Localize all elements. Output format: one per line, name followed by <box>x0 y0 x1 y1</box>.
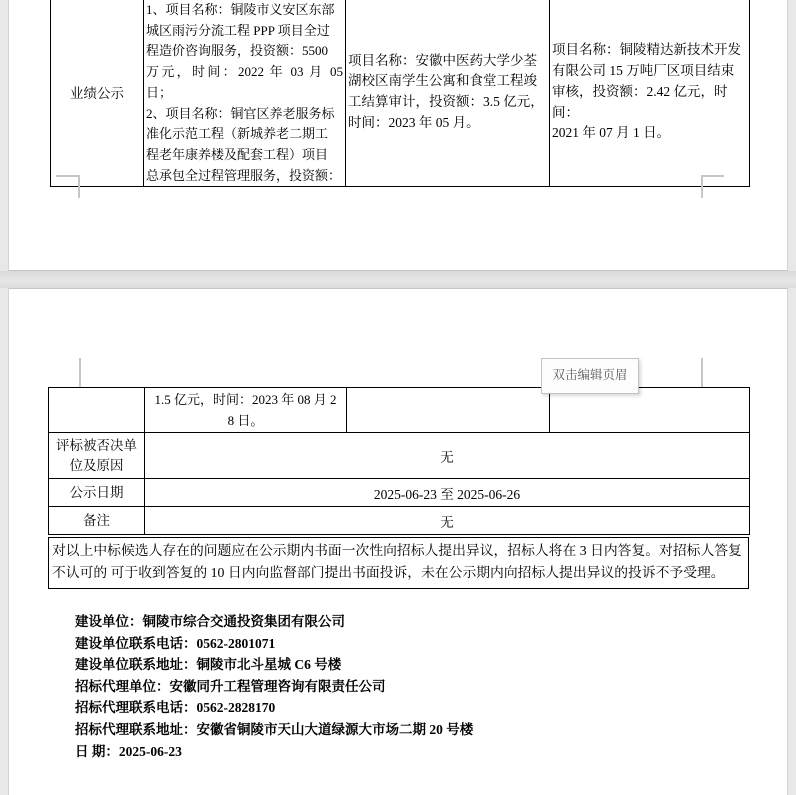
publicity-date-label[interactable]: 公示日期 <box>49 479 145 507</box>
empty-label-cell[interactable] <box>49 388 145 433</box>
rejected-bidders-label[interactable]: 评标被否决单 位及原因 <box>49 433 145 479</box>
carryover-value-cell[interactable]: 1.5 亿元，时间：2023 年 08 月 2 8 日。 <box>145 388 347 433</box>
date-line[interactable]: 日 期：2025-06-23 <box>75 741 473 763</box>
empty-cell[interactable] <box>550 388 750 433</box>
margin-corner-mark <box>701 358 703 387</box>
contact-info-block: 建设单位：铜陵市综合交通投资集团有限公司 建设单位联系电话：0562-28010… <box>75 611 473 762</box>
document-editor-canvas: 业绩公示 1、项目名称：铜陵市义安区东部 城区雨污分流工程 PPP 项目全过 程… <box>0 0 796 795</box>
page-gap <box>0 271 796 288</box>
margin-corner-mark <box>56 175 79 177</box>
margin-corner-mark <box>701 175 703 198</box>
document-page-2[interactable]: 双击编辑页眉 1.5 亿元，时间：2023 年 08 月 2 8 日。 评标被否… <box>8 288 788 795</box>
edit-header-tooltip: 双击编辑页眉 <box>541 358 639 394</box>
owner-address-line[interactable]: 建设单位联系地址：铜陵市北斗星城 C6 号楼 <box>75 654 473 676</box>
owner-unit-line[interactable]: 建设单位：铜陵市综合交通投资集团有限公司 <box>75 611 473 633</box>
owner-phone-line[interactable]: 建设单位联系电话：0562-2801071 <box>75 633 473 655</box>
publicity-date-value[interactable]: 2025-06-23 至 2025-06-26 <box>145 479 750 507</box>
project-list-cell[interactable]: 1、项目名称：铜陵市义安区东部 城区雨污分流工程 PPP 项目全过 程造价咨询服… <box>144 0 346 187</box>
project-3-cell[interactable]: 项目名称：铜陵精达新技术开发 有限公司 15 万吨厂区项目结束 审核，投资额：2… <box>550 0 750 187</box>
remarks-label[interactable]: 备注 <box>49 507 145 535</box>
performance-label-cell[interactable]: 业绩公示 <box>51 0 144 187</box>
document-page-1[interactable]: 业绩公示 1、项目名称：铜陵市义安区东部 城区雨污分流工程 PPP 项目全过 程… <box>8 0 788 271</box>
table-row-remarks: 备注 无 <box>49 507 750 535</box>
agency-address-line[interactable]: 招标代理联系地址：安徽省铜陵市天山大道绿源大市场二期 20 号楼 <box>75 719 473 741</box>
objection-notice-box[interactable]: 对以上中标候选人存在的问题应在公示期内书面一次性向招标人提出异议，招标人将在 3… <box>48 537 749 589</box>
result-table: 1.5 亿元，时间：2023 年 08 月 2 8 日。 评标被否决单 位及原因… <box>48 387 750 535</box>
empty-cell[interactable] <box>347 388 550 433</box>
margin-corner-mark <box>701 175 724 177</box>
project-2-cell[interactable]: 项目名称：安徽中医药大学少荃 湖校区南学生公寓和食堂工程竣 工结算审计，投资额：… <box>346 0 550 187</box>
performance-table: 业绩公示 1、项目名称：铜陵市义安区东部 城区雨污分流工程 PPP 项目全过 程… <box>50 0 750 187</box>
agency-unit-line[interactable]: 招标代理单位：安徽同升工程管理咨询有限责任公司 <box>75 676 473 698</box>
table-row-carryover: 1.5 亿元，时间：2023 年 08 月 2 8 日。 <box>49 388 750 433</box>
table-row-publicity-date: 公示日期 2025-06-23 至 2025-06-26 <box>49 479 750 507</box>
margin-corner-mark <box>78 175 80 198</box>
rejected-bidders-value[interactable]: 无 <box>145 433 750 479</box>
table-row: 业绩公示 1、项目名称：铜陵市义安区东部 城区雨污分流工程 PPP 项目全过 程… <box>51 0 750 187</box>
remarks-value[interactable]: 无 <box>145 507 750 535</box>
margin-corner-mark <box>79 358 81 387</box>
agency-phone-line[interactable]: 招标代理联系电话：0562-2828170 <box>75 697 473 719</box>
table-row-rejected-bidders: 评标被否决单 位及原因 无 <box>49 433 750 479</box>
